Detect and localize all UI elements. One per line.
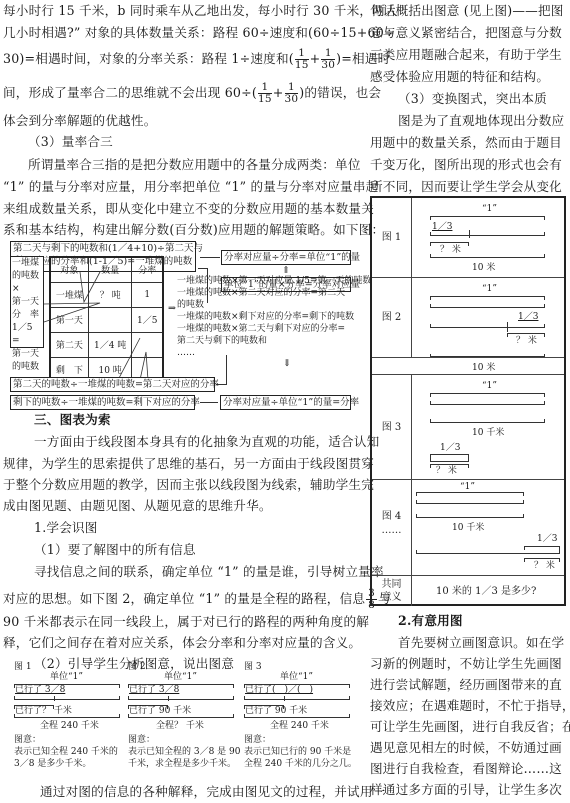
- meaning-label: 图意：: [128, 735, 155, 746]
- relation-line: 一堆煤的吨数×第二天与剩下对应的分率=: [177, 324, 345, 335]
- figure-title: 图 2: [128, 662, 146, 673]
- total-label: 全程 240 千米: [40, 721, 99, 732]
- body-text-line: 句话概括出图意 (见上图)——把图: [370, 2, 564, 20]
- arrow-right-icon: ⇒: [168, 303, 176, 315]
- segment-total: [416, 514, 524, 518]
- row-label-text: 意义: [372, 591, 411, 604]
- text-part: 间，形成了量率合二的思维就不会出现 60÷(: [3, 85, 257, 100]
- fraction-label: 1／3: [518, 312, 538, 323]
- subsection-heading: 1.学会识图: [34, 519, 98, 537]
- meaning-label: 图意：: [14, 735, 41, 746]
- row-label-text: ……: [372, 524, 411, 538]
- meaning-text: 表示已知已行的 90 千米是: [244, 747, 351, 758]
- body-text-line: 间，形成了量率合二的思维就不会出现 60÷(115+130)的错误，也会: [3, 82, 381, 105]
- arrow-down-icon: ⇓: [283, 358, 291, 370]
- fraction-label: 1／3: [440, 443, 460, 454]
- total-label: 10 米: [472, 263, 495, 274]
- meaning-text: 3／8 是多少千米。: [14, 759, 91, 770]
- total-label: 10 米: [472, 363, 495, 374]
- body-text-line: 体会到分率解题的优越性。: [3, 112, 157, 130]
- body-text-line: 遇见意见相左的时候，不妨通过画: [370, 739, 562, 757]
- body-text-line: 感受体验应用题的特征和结构。: [370, 68, 549, 86]
- body-text-line: 可让学生先画图，进行自我反省；在: [370, 718, 570, 736]
- body-text-line: 进行尝试解题，经历画图带来的直: [370, 676, 562, 694]
- body-text-line: 几小时相遇?” 对象的具体数量关系：路程 60÷速度和(60÷15+60÷: [3, 24, 395, 42]
- segment-bar: [244, 696, 350, 700]
- row-label: 图 1: [372, 198, 412, 278]
- body-text-line: 接效应；在遇难题时，不忙于指导，: [370, 697, 570, 715]
- body-text-line: “1” 的量与分率对应量，用分率把单位 “1” 的量与分率对应量串起: [3, 178, 378, 196]
- segment-divider: [54, 696, 55, 701]
- segment-divider: [507, 322, 508, 332]
- body-text-line: 用题中的数量关系，然而由于题目: [370, 134, 562, 152]
- fraction: 115: [258, 82, 272, 105]
- relation-line: 的吨数: [177, 300, 204, 311]
- body-text-line: 对应的思想。如下图 2，确定单位 “1” 的量是全程的路程，信息38与: [3, 588, 391, 611]
- figure-title: 图 3: [244, 662, 262, 673]
- relation-line: 一堆煤的吨数×第二天对应的分率=第二天: [177, 288, 345, 299]
- body-text-line: 千变万化，图所出现的形式也会有: [370, 156, 562, 174]
- question-label: ？ 米: [534, 561, 555, 572]
- relation-line: 第二天与剩下的吨数和: [177, 336, 267, 347]
- section-heading: 三、图表为索: [34, 411, 111, 429]
- unit-label: 单位“1”: [50, 672, 83, 683]
- segment-total: [430, 254, 545, 258]
- segment-bar: [416, 550, 560, 554]
- bottom-formula-box-1: 第二天的吨数÷一堆煤的吨数=第二天对应的分率: [10, 377, 215, 392]
- body-text-line: 所谓量率合三指的是把分数应用题中的各量分成两类：单位: [28, 156, 361, 174]
- segment-label: 已行了( )／( ): [245, 685, 313, 696]
- row-label: 图 2: [372, 278, 412, 358]
- body-text-line: 所不同，因而要让学生学会从变化: [370, 178, 562, 196]
- figure-1: 图 1 单位“1” 已行了 3／8 已行了？ 千米 全程 240 千米 图意： …: [14, 662, 126, 782]
- body-text-line: 于整个分数应用题的教学，因而主张以线段图为线索，辅助学生完: [3, 476, 374, 494]
- segment-bar: [14, 696, 120, 700]
- body-text-line: 样通过多方面的引导，让学生多次: [370, 781, 562, 799]
- segment-total: [14, 714, 120, 718]
- body-text-line: 系和基本结构，构建出解分数(百分数)应用题的解题策略。如下图：: [3, 221, 384, 239]
- total-label: 全程 240 千米: [270, 721, 329, 732]
- body-text-line: 释，它们之间存在着对应关系，体会分率和分率对应量的含义。: [3, 634, 361, 652]
- unit-label: “1”: [482, 204, 497, 215]
- table-row-common: 共同 意义 10 米的 1／3 是多少?: [372, 576, 564, 606]
- segment-divider: [168, 696, 169, 701]
- body-text-line: 首先要树立画图意识。如在学: [398, 634, 564, 652]
- segment-bar: [128, 696, 234, 700]
- body-text-line: 习新的例题时，不妨让学生先画图: [370, 655, 562, 673]
- table-row: 图 3 “1” 10 千米 1／3 ？ 米: [372, 374, 564, 480]
- right-formula-box-top: 分率对应量÷分率=单位“1”的量: [221, 250, 351, 265]
- body-text-line: 成由图见题、由题见图、从题见意的思维升华。: [3, 497, 272, 515]
- unit-label: “1”: [482, 381, 497, 392]
- row-label-text: 共同: [372, 578, 411, 591]
- segment-total: [244, 714, 350, 718]
- segment-whole: [416, 492, 524, 496]
- body-text-line: 30)=相遇时间，对象的分率关系：路程 1÷速度和(115+130)=相遇时: [3, 48, 390, 71]
- question-label: ？ 米: [516, 336, 537, 347]
- unit-label: “1”: [482, 284, 497, 295]
- subsection-heading: 2.有意用图: [398, 612, 463, 630]
- body-text-line: 规律，为学生的思索提供了思维的基石，另一方面由于线段图贯穿: [3, 455, 374, 473]
- common-meaning-text: 10 米的 1／3 是多少?: [436, 586, 536, 597]
- bottom-formula-box-2: 剩下的吨数÷一堆煤的吨数=剩下对应的分率: [10, 395, 195, 410]
- relation-line: 一堆煤的吨数×第一天对应量 1/5=第一天的吨数: [177, 276, 371, 287]
- figure-2: 图 2 单位“1” 已行了 3／8 已行了 90 千米 全程？ 千米 图意： 表…: [128, 662, 240, 782]
- unit-label: 单位“1”: [280, 672, 313, 683]
- row-label-text: 图 4: [372, 510, 411, 524]
- total-label: 全程？ 千米: [156, 721, 204, 732]
- relation-line: ……: [177, 348, 195, 359]
- segment-whole: [430, 216, 545, 220]
- total-label: 10 千米: [472, 428, 504, 439]
- body-text-line: 三类应用题融合起来，有助于学生: [370, 46, 562, 64]
- subsection-heading: （1）要了解图中的所有信息: [34, 541, 196, 559]
- total-label: 10 千米: [452, 523, 484, 534]
- table-row: 图 2 “1” 1／3 ？ 米: [372, 278, 564, 358]
- segment-total: [430, 419, 545, 423]
- figure-title: 图 1: [14, 662, 32, 673]
- segment-bar: [430, 324, 545, 328]
- bottom-formula-box-3: 分率对应量÷单位“1”的量=分率: [220, 395, 351, 410]
- segment-whole: [430, 296, 545, 300]
- text-part: )的错误，也会: [299, 85, 381, 100]
- row-label: 图 3: [372, 375, 412, 481]
- segment-label: 已行了 3／8: [129, 685, 179, 696]
- body-text-line: 图进行自我检查，看图辩论……这: [370, 760, 562, 778]
- body-text-line: 意与意义紧密结合，把图意与分数: [370, 24, 562, 42]
- body-text-line: 一方面由于线段图本身具有的化抽象为直观的功能，适合认知: [34, 433, 379, 451]
- question-label: ？ 米: [436, 466, 457, 477]
- connector-line: [226, 355, 227, 385]
- meaning-text: 全程 240 千米的几分之几。: [244, 759, 357, 770]
- segment-bar: [430, 401, 545, 405]
- segment-total: [128, 714, 234, 718]
- variant-figure-table: 图 1 “1” 1／3 ？ 米 10 米 图 2 “1” 1／3 ？ 米 10 …: [370, 196, 566, 606]
- relation-line: 一堆煤的吨数×剩下对应的分率=剩下的吨数: [177, 312, 354, 323]
- meaning-label: 图意：: [244, 735, 271, 746]
- section-heading: （3）量率合三: [28, 133, 113, 151]
- row-label: 图 4 ……: [372, 480, 412, 576]
- figure-3: 图 3 单位“1” 已行了( )／( ) 已行了 90 千米 全程 240 千米…: [244, 662, 356, 782]
- fraction: 130: [285, 82, 299, 105]
- meaning-text: 表示已知全程 240 千米的: [14, 747, 118, 758]
- body-text-line: 寻找信息之间的联系，确定单位 “1” 的量是谁，引导树立量率: [34, 563, 384, 581]
- unit-label: 单位“1”: [164, 672, 197, 683]
- meaning-text: 表示已知全程的 3／8 是 90: [128, 747, 241, 758]
- segment-divider: [469, 230, 470, 238]
- segment-total: [430, 354, 545, 357]
- body-text-line: 来组成数量关系，即从变化中建立不变的分数应用题的基本数量关: [3, 200, 374, 218]
- fraction: 115: [295, 48, 309, 71]
- arrow-line: [200, 402, 218, 403]
- segment-whole: [430, 393, 545, 397]
- body-text-line: 每小时行 15 千米，b 同时乘车从乙地出发，每小时行 30 千米，两人: [3, 2, 398, 20]
- text-part: 对应的思想。如下图 2，确定单位 “1” 的量是全程的路程，信息: [3, 591, 365, 606]
- segment-bar: [416, 500, 524, 504]
- segment-divider: [284, 696, 285, 701]
- segment-bar: [430, 304, 545, 308]
- text-part: 30)=相遇时间，对象的分率关系：路程 1÷速度和(: [3, 51, 294, 66]
- fraction: 130: [321, 48, 335, 71]
- segment-label: 已行了 3／8: [15, 685, 65, 696]
- fraction-label: 1／3: [537, 534, 557, 545]
- table-row: 图 4 …… “1” 10 千米 1／3 ？ 米: [372, 480, 564, 576]
- segment-part: [430, 454, 469, 462]
- meaning-text: 千米，求全程是多少千米。: [128, 759, 236, 770]
- table-row: 图 1 “1” 1／3 ？ 米 10 米: [372, 198, 564, 278]
- body-text-line: 90 千米都表示在同一线段上，属于对已行的路程的两种角度的解: [3, 613, 369, 631]
- body-text-line: 图是为了直观地体现出分数应: [398, 112, 564, 130]
- row-label: 共同 意义: [372, 576, 412, 606]
- subsection-heading: （3）变换图式，突出本质: [398, 90, 547, 108]
- segment-bar: [430, 232, 545, 236]
- body-text-line: 通过对图的信息的各种解释，完成由图见文的过程，并试用一: [40, 783, 385, 801]
